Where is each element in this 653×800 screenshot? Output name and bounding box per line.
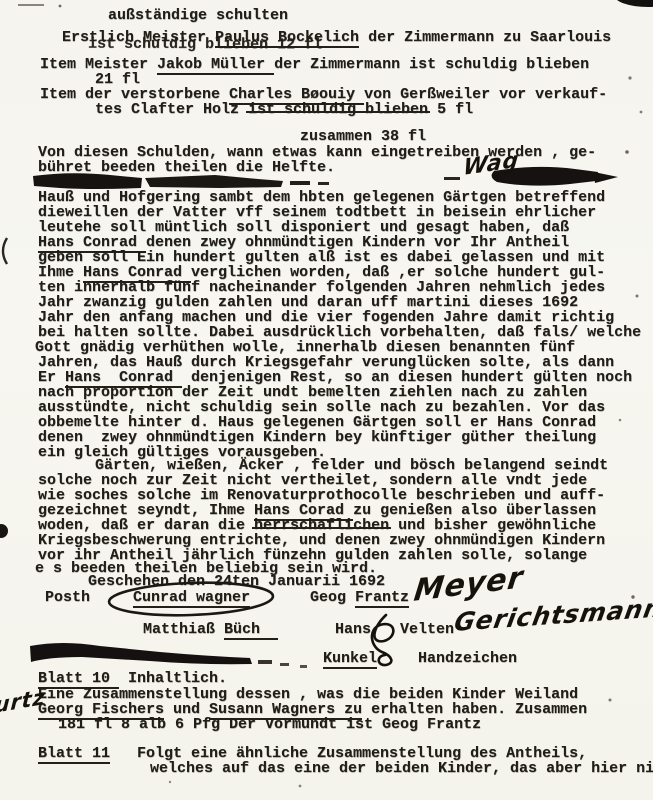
page-edge-blot xyxy=(614,0,653,7)
typed-line: Jahr zwanzig gulden zahlen und daran uff… xyxy=(38,295,578,310)
scan-speckle xyxy=(609,699,612,702)
typed-line: Hans xyxy=(335,622,371,637)
typed-line: ten innerhalb fünf nacheinander folgende… xyxy=(38,280,605,295)
redaction-dash xyxy=(444,177,460,180)
typed-line: Ihme Hans Conrad verglichen worden, daß … xyxy=(38,265,605,280)
typed-line: Jahr den anfang machen und die vier foge… xyxy=(38,310,614,325)
typed-line: welches auf das eine der beiden Kinder, … xyxy=(150,761,653,776)
typed-line: außständige schulten xyxy=(108,8,288,23)
typed-line: Hauß und Hofgering sambt dem hbten geleg… xyxy=(38,190,605,205)
document-page: außständige schultenErstlich Meister Pau… xyxy=(0,0,653,800)
typed-line: 21 fl xyxy=(95,72,140,87)
margin-ink-dot xyxy=(0,524,8,538)
typed-line: wie soches solche im Renovaturprothocoll… xyxy=(38,488,605,503)
typed-line: Georg Fischers und Susann Wagners zu erh… xyxy=(38,702,587,717)
typed-line: Jahren, das Hauß durch Kriegsgefahr veru… xyxy=(38,355,614,370)
typed-line: Matthiaß Büch xyxy=(143,622,278,637)
typed-line: bei halten sollte. Dabei ausdrücklich vo… xyxy=(38,325,641,340)
typed-line: Geschehen den 24ten Januarii 1692 xyxy=(88,574,385,589)
typed-line: dieweillen der Vatter vff seinem todtbet… xyxy=(38,205,596,220)
scan-speckle xyxy=(299,785,302,788)
typed-line: tes Clafter Holz ist schuldig blieben 5 … xyxy=(95,102,473,117)
typed-line: Gärten, wießen, Äcker , felder und bösch… xyxy=(95,458,608,473)
typed-line: ist schuldig blieben 12 fl xyxy=(88,37,322,53)
typed-line: Blatt 11 Folgt eine ähnliche Zusammenste… xyxy=(38,746,587,761)
scan-speckle xyxy=(636,295,639,298)
typed-line: Hans Conrad denen zwey ohnmündtigen Kind… xyxy=(38,235,569,250)
typed-line: Item der verstorbene Charles Bøouiy von … xyxy=(40,87,607,102)
typed-line: ausstündte, nicht schuldig sein solle na… xyxy=(38,400,605,415)
scan-speckle xyxy=(640,111,643,114)
typed-line: 181 fl 8 alb 6 Pfg Der Vormundt ist Geog… xyxy=(58,717,481,732)
redaction-dash xyxy=(318,182,329,185)
margin-paren-mark xyxy=(3,238,7,264)
typed-line: nach proportion der Zeit undt bemelten z… xyxy=(38,385,587,400)
typed-line: gezeichnet seyndt, Ihme Hans Corad zu ge… xyxy=(38,503,596,518)
scan-speckle xyxy=(18,4,44,6)
typed-line: geben soll Ein hundert gulten alß ist es… xyxy=(38,250,605,265)
typed-line: Handzeichen xyxy=(418,651,517,666)
redaction-bar-mid xyxy=(145,175,283,188)
typed-line: Gott gnädig verhüthen wolle, innerhalb d… xyxy=(35,340,575,355)
redaction-dash xyxy=(290,181,310,185)
typed-line: woden, daß er daran die herrschaflichen … xyxy=(38,518,596,533)
ink-blob-arrow-tip xyxy=(594,172,618,183)
ink-smear-dot xyxy=(258,660,272,664)
typed-line: Er Hans Conrad denjenigen Rest, so an di… xyxy=(38,370,632,385)
typed-line: bühret beeden theilen die Helfte. xyxy=(38,160,335,175)
ink-smear-dot xyxy=(280,663,289,666)
typed-line: Kunkel xyxy=(323,651,377,666)
typed-line: Kriegsbeschwerung entrichte, und denen z… xyxy=(38,533,605,548)
scan-speckle xyxy=(625,150,629,154)
typed-line: Item Meister Jakob Müller der Zimmermann… xyxy=(40,57,589,72)
scan-speckle xyxy=(169,781,171,783)
typed-line: Posth xyxy=(45,590,90,605)
typed-line: Eine Zusammenstellung dessen , was die b… xyxy=(38,687,578,702)
scan-speckle xyxy=(628,76,631,79)
scan-speckle xyxy=(59,5,62,8)
typed-line: denen zwey ohnmündtigen Kindern bey künf… xyxy=(38,430,596,445)
typed-line: Geog Frantz xyxy=(310,590,409,605)
typed-line: Velten xyxy=(400,622,454,637)
typed-line: zusammen 38 fl xyxy=(300,129,426,144)
ink-smear-dot xyxy=(300,665,307,668)
typed-line: solche noch zur Zeit nicht vertheilet, s… xyxy=(38,473,587,488)
scan-speckle xyxy=(619,419,622,422)
typed-line: Blatt 10 Inhaltlich. xyxy=(38,671,227,686)
typed-line: Cunrad wagner xyxy=(133,590,250,605)
ink-blob-bottom-left xyxy=(30,643,252,664)
handwritten-meyer-signature: Meyer xyxy=(412,560,525,609)
typed-line: obbemelte hinter d. Haus gelegenen Gärtg… xyxy=(38,415,596,430)
typed-line: leutehe soll müntlich soll disponiert un… xyxy=(38,220,569,235)
